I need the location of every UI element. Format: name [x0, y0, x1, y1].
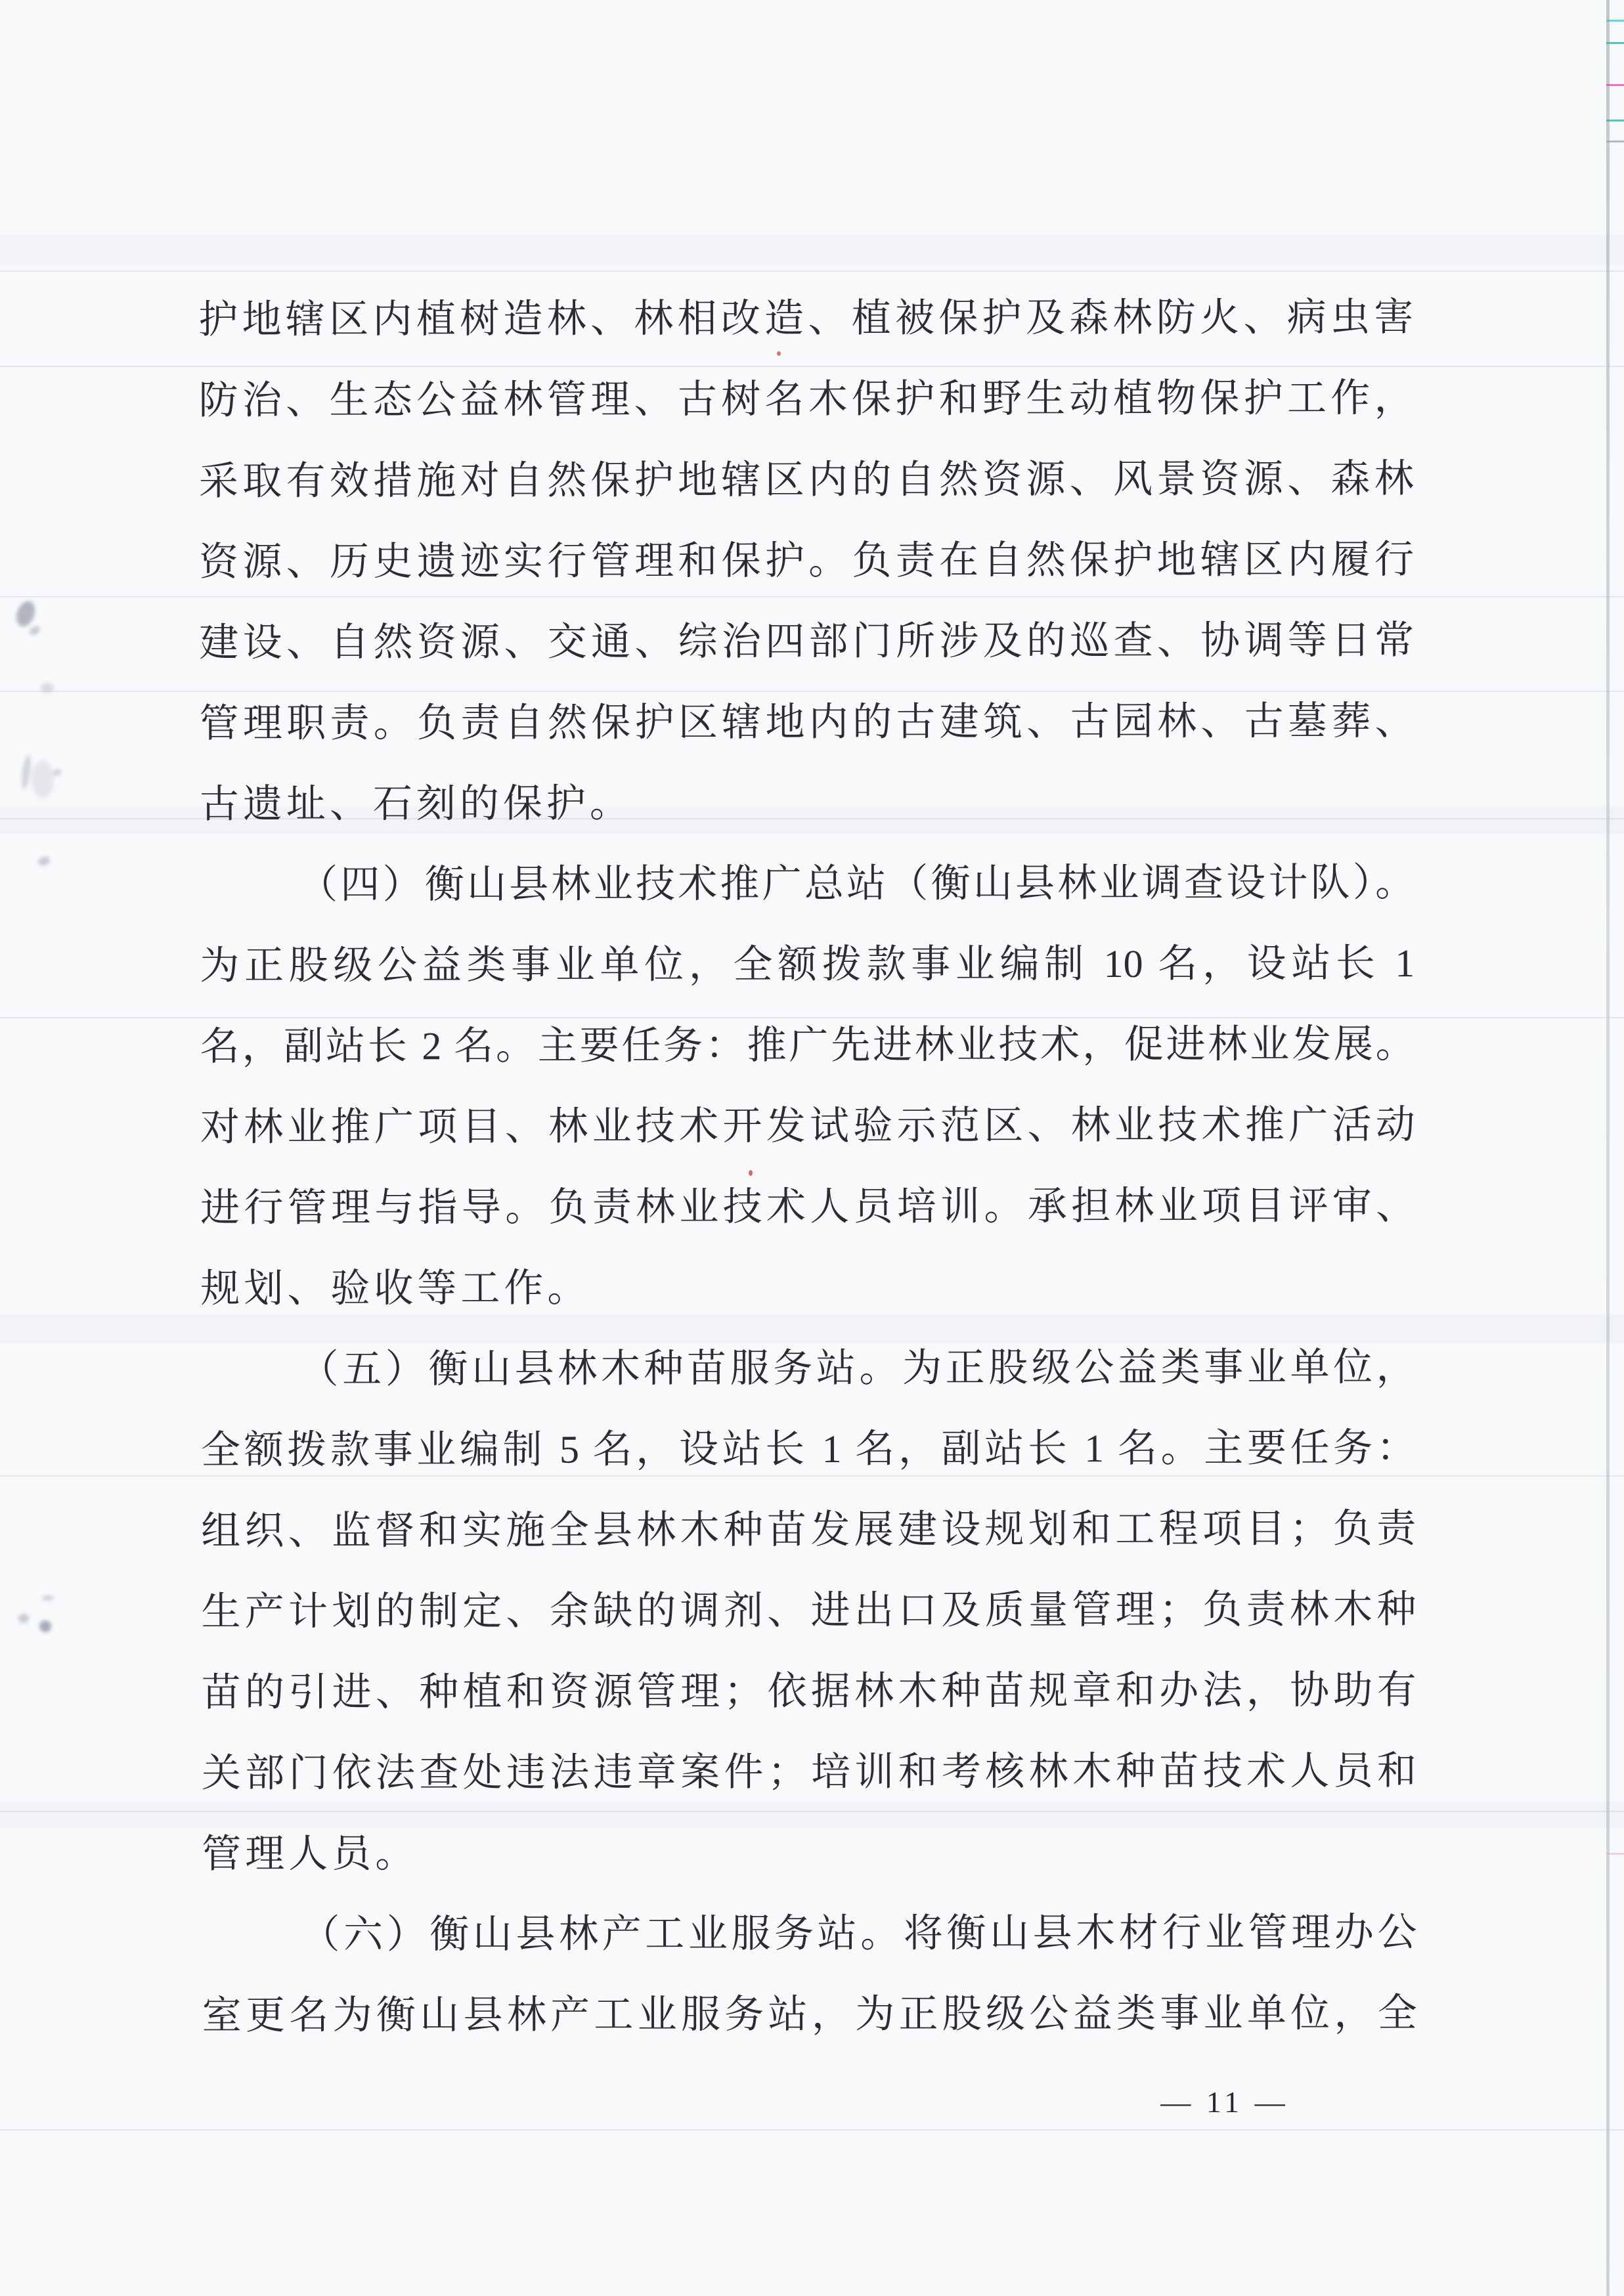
scan-smudge — [20, 754, 32, 789]
text-line: 建设、自然资源、交通、综治四部门所涉及的巡查、协调等日常 — [199, 600, 1414, 683]
scan-smudge — [37, 855, 51, 867]
scanner-calibration-tick — [1606, 84, 1624, 86]
page-number: — 11 — — [1116, 2085, 1333, 2119]
scanner-calibration-tick — [1606, 141, 1624, 142]
scanned-document-page: 护地辖区内植树造林、林相改造、植被保护及森林防火、病虫害防治、生态公益林管理、古… — [0, 0, 1624, 2296]
scanner-calibration-tick — [1606, 119, 1624, 121]
text-line: 组织、监督和实施全县林木种苗发展建设规划和工程项目；负责 — [201, 1488, 1416, 1572]
text-line: 资源、历史遗迹实行管理和保护。负责在自然保护地辖区内履行 — [199, 519, 1414, 603]
text-line: 关部门依法查处违法违章案件；培训和考核林木种苗技术人员和 — [202, 1731, 1416, 1814]
text-line: 苗的引进、种植和资源管理；依据林木种苗规章和办法，协助有 — [202, 1650, 1416, 1733]
text-line: 对林业推广项目、林业技术开发试验示范区、林业技术推广活动 — [200, 1085, 1415, 1168]
text-line: （六）衡山县林产工业服务站。将衡山县木材行业管理办公 — [202, 1892, 1416, 1976]
text-line: 古遗址、石刻的保护。 — [200, 762, 1415, 845]
text-line: （四）衡山县林业技术推广总站（衡山县林业调查设计队）。 — [200, 842, 1415, 926]
scan-smudge — [41, 683, 54, 693]
text-line: 管理人员。 — [202, 1811, 1416, 1895]
paper-edge-line — [1606, 0, 1610, 2296]
text-line: 名，副站长 2 名。主要任务：推广先进林业技术，促进林业发展。 — [200, 1004, 1415, 1087]
scanner-hairline — [0, 271, 1624, 272]
scan-smudge — [32, 760, 54, 798]
text-line: 全额拨款事业编制 5 名，设站长 1 名，副站长 1 名。主要任务： — [201, 1408, 1416, 1491]
scan-smudge — [39, 1620, 51, 1632]
scanner-calibration-tick — [1606, 20, 1624, 22]
scanner-calibration-tick — [1606, 1853, 1624, 1855]
scanner-hairline — [0, 2129, 1624, 2131]
text-line: 生产计划的制定、余缺的调剂、进出口及质量管理；负责林木种 — [201, 1569, 1416, 1653]
scanner-calibration-tick — [1606, 42, 1624, 44]
scan-smudge — [18, 1614, 29, 1623]
text-line: （五）衡山县林木种苗服务站。为正股级公益类事业单位， — [201, 1327, 1416, 1410]
text-line: 进行管理与指导。负责林业技术人员培训。承担林业项目评审、 — [200, 1165, 1415, 1249]
scan-smudge — [28, 624, 41, 637]
text-line: 管理职责。负责自然保护区辖地内的古建筑、古园林、古墓葬、 — [199, 681, 1414, 764]
text-line: 防治、生态公益林管理、古树名木保护和野生动植物保护工作， — [198, 358, 1413, 441]
scanner-band — [0, 235, 1624, 265]
scan-smudge — [42, 1595, 54, 1601]
text-line: 采取有效措施对自然保护地辖区内的自然资源、风景资源、森林 — [199, 439, 1414, 522]
document-text-block: 护地辖区内植树造林、林相改造、植被保护及森林防火、病虫害防治、生态公益林管理、古… — [198, 277, 1417, 2056]
text-line: 为正股级公益类事业单位，全额拨款事业编制 10 名，设站长 1 — [200, 923, 1415, 1007]
scan-smudge — [13, 599, 38, 629]
text-line: 护地辖区内植树造林、林相改造、植被保护及森林防火、病虫害 — [198, 277, 1413, 360]
text-line: 室更名为衡山县林产工业服务站，为正股级公益类事业单位，全 — [202, 1973, 1417, 2056]
text-line: 规划、验收等工作。 — [200, 1246, 1415, 1330]
